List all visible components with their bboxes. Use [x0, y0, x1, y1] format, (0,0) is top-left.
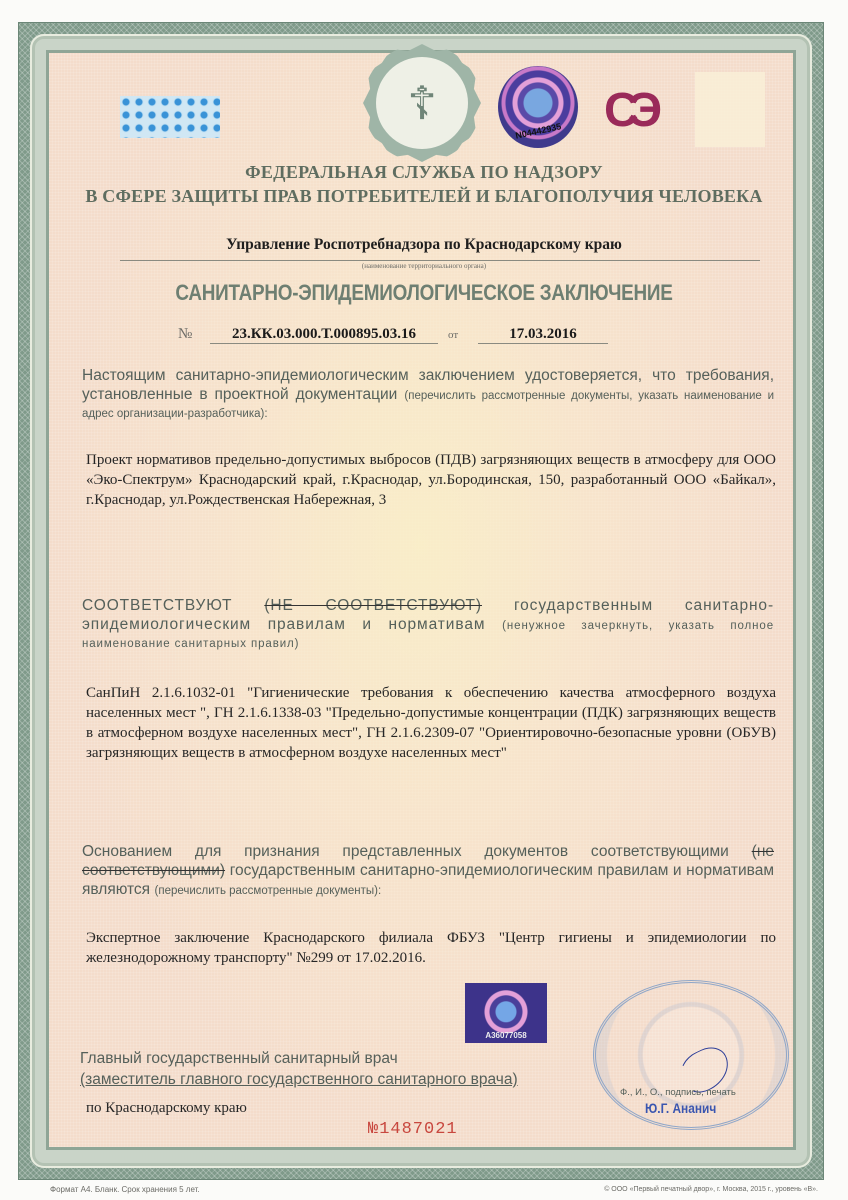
- document-date: 17.03.2016: [478, 326, 608, 344]
- territorial-body: Управление Роспотребнадзора по Краснодар…: [0, 236, 848, 254]
- signer-name: Ю.Г. Ананич: [645, 1100, 716, 1116]
- se-logo-icon: СЭ: [604, 86, 684, 136]
- watermark-area: [695, 72, 765, 147]
- from-label: от: [448, 329, 458, 341]
- document-title: САНИТАРНО-ЭПИДЕМИОЛОГИЧЕСКОЕ ЗАКЛЮЧЕНИЕ: [59, 280, 788, 306]
- hologram-badge-number: N04442935: [514, 121, 562, 140]
- signatory-title-line1: Главный государственный санитарный врач: [80, 1048, 518, 1069]
- stamp-caption: Ф., И., О., подпись, печать: [620, 1087, 736, 1098]
- agency-name-line1: ФЕДЕРАЛЬНАЯ СЛУЖБА ПО НАДЗОРУ: [0, 162, 848, 183]
- signatory-title-line2: (заместитель главного государственного с…: [80, 1069, 518, 1090]
- section3-value: Экспертное заключение Краснодарского фил…: [86, 928, 776, 968]
- signatory-title: Главный государственный санитарный врач …: [80, 1048, 518, 1090]
- double-headed-eagle-icon: ☦: [376, 57, 468, 149]
- hologram-sticker-number: A36077058: [485, 1031, 526, 1040]
- hologram-badge-icon: N04442935: [498, 66, 578, 148]
- section2-value: СанПиН 2.1.6.1032-01 "Гигиенические треб…: [86, 683, 776, 763]
- section1-statement: Настоящим санитарно-эпидемиологическим з…: [82, 366, 774, 422]
- divider: [120, 260, 760, 261]
- footer-printer-note: © ООО «Первый печатный двор», г. Москва,…: [604, 1186, 818, 1193]
- section3-hint: (перечислить рассмотренные документы):: [155, 885, 382, 897]
- section2-statement: СООТВЕТСТВУЮТ (НЕ СООТВЕТСТВУЮТ) государ…: [82, 596, 774, 652]
- document-number-row: № 23.КК.03.000.Т.000895.03.16 от 17.03.2…: [160, 324, 620, 348]
- form-serial-number: №1487021: [368, 1120, 458, 1139]
- territorial-body-caption: (наименование территориального органа): [0, 262, 848, 270]
- section1-value: Проект нормативов предельно-допустимых в…: [86, 450, 776, 510]
- not-conform-struck: (НЕ СООТВЕТСТВУЮТ): [264, 597, 482, 614]
- hologram-strip: [120, 96, 220, 138]
- signatory-region: по Краснодарскому краю: [86, 1100, 247, 1117]
- hologram-sticker-icon: A36077058: [465, 983, 547, 1043]
- conform-label: СООТВЕТСТВУЮТ: [82, 597, 232, 614]
- number-sign: №: [178, 326, 192, 343]
- section3-statement: Основанием для признания представленных …: [82, 842, 774, 899]
- document-number: 23.КК.03.000.Т.000895.03.16: [210, 326, 438, 344]
- agency-name-line2: В СФЕРЕ ЗАЩИТЫ ПРАВ ПОТРЕБИТЕЛЕЙ И БЛАГО…: [0, 186, 848, 207]
- section3-text-start: Основанием для признания представленных …: [82, 843, 729, 860]
- footer-format-note: Формат А4. Бланк. Срок хранения 5 лет.: [50, 1185, 200, 1194]
